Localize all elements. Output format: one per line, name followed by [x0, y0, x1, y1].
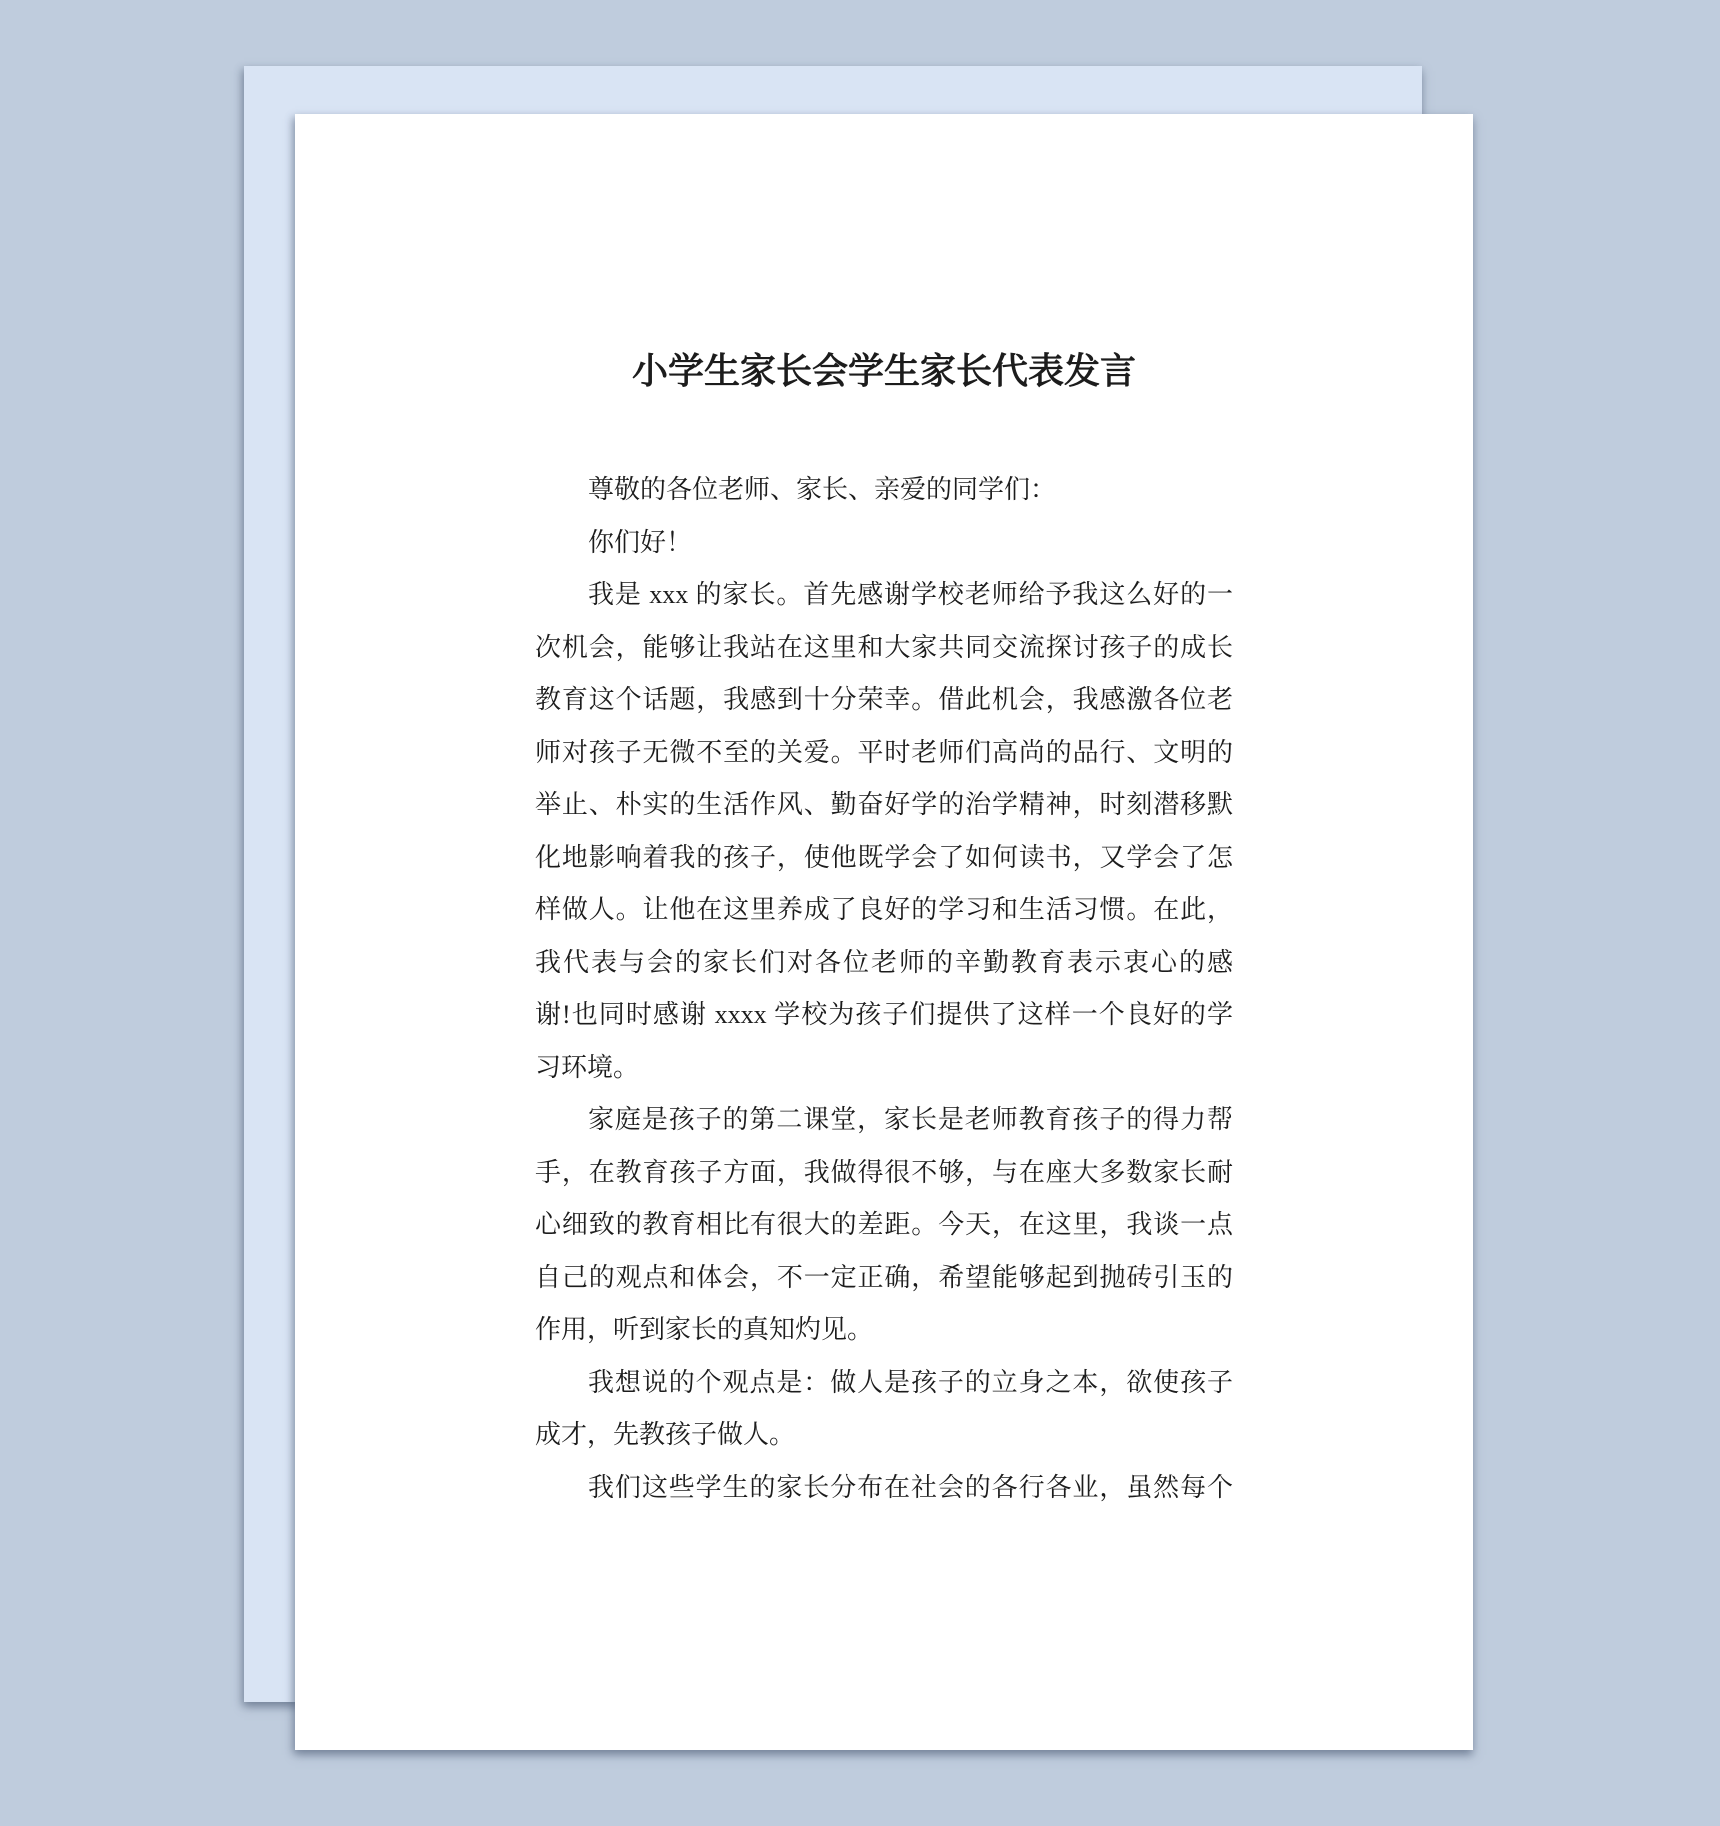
paragraph-line: 我想说的个观点是：做人是孩子的立身之本，欲使孩子 — [535, 1357, 1233, 1410]
paragraph-line: 手，在教育孩子方面，我做得很不够，与在座大多数家长耐 — [535, 1147, 1233, 1200]
paragraph-line: 教育这个话题，我感到十分荣幸。借此机会，我感激各位老 — [535, 674, 1233, 727]
paragraph: 我想说的个观点是：做人是孩子的立身之本，欲使孩子成才，先教孩子做人。 — [535, 1357, 1233, 1462]
paragraph-line: 次机会，能够让我站在这里和大家共同交流探讨孩子的成长 — [535, 622, 1233, 675]
paragraph-line: 习环境。 — [535, 1042, 1233, 1095]
paragraph-line: 尊敬的各位老师、家长、亲爱的同学们： — [535, 464, 1233, 517]
document-page: 小学生家长会学生家长代表发言 尊敬的各位老师、家长、亲爱的同学们：你们好！我是 … — [295, 114, 1473, 1750]
paragraph: 尊敬的各位老师、家长、亲爱的同学们： — [535, 464, 1233, 517]
document-title: 小学生家长会学生家长代表发言 — [535, 343, 1233, 399]
paragraph-line: 化地影响着我的孩子，使他既学会了如何读书，又学会了怎 — [535, 832, 1233, 885]
paragraph: 家庭是孩子的第二课堂，家长是老师教育孩子的得力帮手，在教育孩子方面，我做得很不够… — [535, 1094, 1233, 1357]
paragraph-line: 谢!也同时感谢 xxxx 学校为孩子们提供了这样一个良好的学 — [535, 989, 1233, 1042]
paragraph-line: 你们好！ — [535, 517, 1233, 570]
paragraph-line: 举止、朴实的生活作风、勤奋好学的治学精神，时刻潜移默 — [535, 779, 1233, 832]
paragraph: 我们这些学生的家长分布在社会的各行各业，虽然每个 — [535, 1462, 1233, 1515]
paragraph-line: 作用，听到家长的真知灼见。 — [535, 1304, 1233, 1357]
document-body: 尊敬的各位老师、家长、亲爱的同学们：你们好！我是 xxx 的家长。首先感谢学校老… — [535, 464, 1233, 1514]
canvas: 小学生家长会学生家长代表发言 尊敬的各位老师、家长、亲爱的同学们：你们好！我是 … — [0, 0, 1720, 1826]
paragraph-line: 自己的观点和体会，不一定正确，希望能够起到抛砖引玉的 — [535, 1252, 1233, 1305]
paragraph-line: 师对孩子无微不至的关爱。平时老师们高尚的品行、文明的 — [535, 727, 1233, 780]
paragraph-line: 家庭是孩子的第二课堂，家长是老师教育孩子的得力帮 — [535, 1094, 1233, 1147]
paragraph-line: 我是 xxx 的家长。首先感谢学校老师给予我这么好的一 — [535, 569, 1233, 622]
paragraph-line: 我代表与会的家长们对各位老师的辛勤教育表示衷心的感 — [535, 937, 1233, 990]
paragraph-line: 我们这些学生的家长分布在社会的各行各业，虽然每个 — [535, 1462, 1233, 1515]
paragraph-line: 样做人。让他在这里养成了良好的学习和生活习惯。在此， — [535, 884, 1233, 937]
paragraph-line: 成才，先教孩子做人。 — [535, 1409, 1233, 1462]
paragraph: 你们好！ — [535, 517, 1233, 570]
paragraph: 我是 xxx 的家长。首先感谢学校老师给予我这么好的一次机会，能够让我站在这里和… — [535, 569, 1233, 1094]
paragraph-line: 心细致的教育相比有很大的差距。今天，在这里，我谈一点 — [535, 1199, 1233, 1252]
